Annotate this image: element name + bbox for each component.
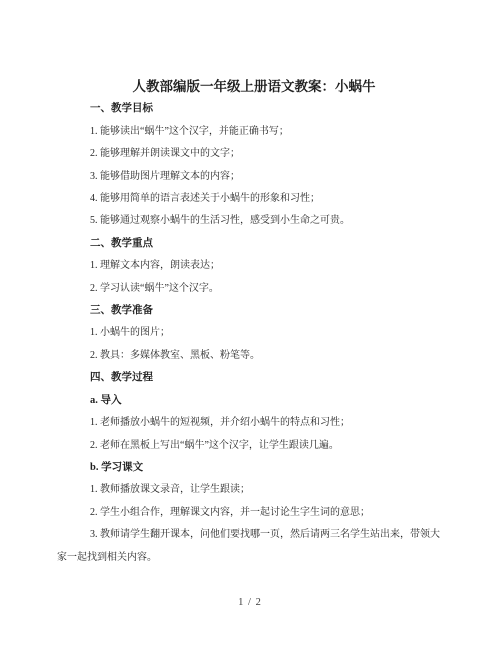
list-item: 4. 能够用简单的语言表述关于小蜗牛的形象和习性； — [57, 188, 441, 210]
list-item: 1. 教师播放课文录音，让学生跟读； — [57, 479, 441, 501]
list-item: 3. 教师请学生翻开课本，问他们要找哪一页，然后请两三名学生站出来，带领大家一起… — [57, 524, 441, 569]
section-heading-2: 二、教学重点 — [57, 233, 441, 255]
section-heading-3: 三、教学准备 — [57, 300, 441, 322]
list-item: 2. 教具：多媒体教室、黑板、粉笔等。 — [57, 345, 441, 367]
page-number: 1 / 2 — [0, 595, 500, 611]
list-item: 2. 学生小组合作，理解课文内容，并一起讨论生字生词的意思； — [57, 502, 441, 524]
list-item: 2. 学习认读“蜗牛”这个汉字。 — [57, 278, 441, 300]
section-heading-4: 四、教学过程 — [57, 367, 441, 389]
list-item: 1. 老师播放小蜗牛的短视频，并介绍小蜗牛的特点和习性； — [57, 412, 441, 434]
subsection-heading-b: b. 学习课文 — [57, 457, 441, 479]
list-item: 5. 能够通过观察小蜗牛的生活习性，感受到小生命之可贵。 — [57, 210, 441, 232]
doc-title: 人教部编版一年级上册语文教案：小蜗牛 — [57, 76, 441, 98]
document-content: 人教部编版一年级上册语文教案：小蜗牛 一、教学目标 1. 能够读出“蜗牛”这个汉… — [0, 0, 500, 569]
list-item: 2. 能够理解并朗读课文中的文字； — [57, 143, 441, 165]
list-item: 1. 能够读出“蜗牛”这个汉字，并能正确书写； — [57, 121, 441, 143]
list-item: 1. 小蜗牛的图片； — [57, 322, 441, 344]
section-heading-1: 一、教学目标 — [57, 98, 441, 120]
list-item: 1. 理解文本内容，朗读表达； — [57, 255, 441, 277]
document-page: 人教部编版一年级上册语文教案：小蜗牛 一、教学目标 1. 能够读出“蜗牛”这个汉… — [0, 0, 500, 647]
subsection-heading-a: a. 导入 — [57, 390, 441, 412]
list-item: 2. 老师在黑板上写出“蜗牛”这个汉字，让学生跟读几遍。 — [57, 435, 441, 457]
list-item: 3. 能够借助图片理解文本的内容； — [57, 166, 441, 188]
